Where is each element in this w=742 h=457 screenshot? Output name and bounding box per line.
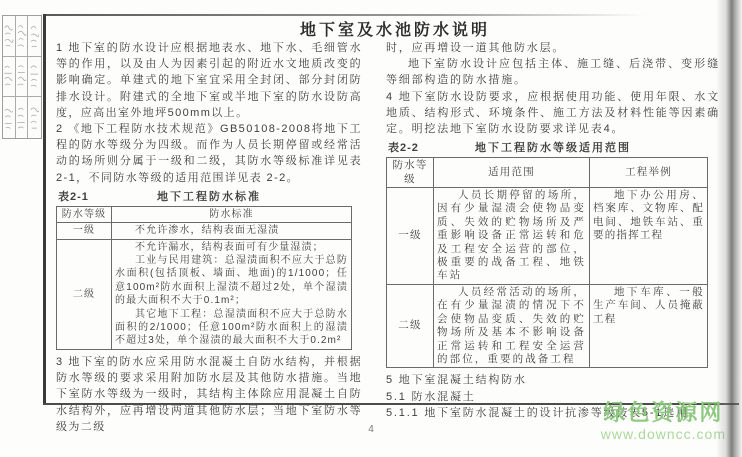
- header-example: 工程举例: [590, 158, 708, 188]
- left-column: 1 地下室的防水设计应根据地表水、地下水、毛细管水等的作用，以及由人为因素引起的…: [56, 40, 362, 435]
- handwriting-scribble-icon: [3, 18, 14, 54]
- titleblock-cell: [3, 97, 16, 138]
- scope-text: 人员经常活动的场所，在有少量湿渍的情况下不会使物品变质、失效的贮物场所及基本不影…: [437, 286, 586, 366]
- titleblock-cell: [28, 16, 41, 57]
- grade-cell: 一级: [387, 188, 434, 285]
- handwriting-scribble-icon: [29, 18, 40, 54]
- titleblock-cell: [16, 97, 29, 138]
- paragraph-3: 3 地下室的防水应采用防水混凝土自防水结构，并根据防水等级的要求采用附加防水层及…: [56, 354, 362, 435]
- handwriting-scribble-icon: [29, 58, 40, 94]
- watermark-site-url: www.downcc.com: [601, 427, 726, 441]
- paragraph-1: 1 地下室的防水设计应根据地表水、地下水、毛细管水等的作用，以及由人为因素引起的…: [56, 40, 362, 121]
- watermark: 绿色资源网 www.downcc.com: [601, 402, 726, 441]
- table-2-1-caption: 表2-1 地下工程防水标准: [56, 189, 362, 204]
- scope-cell: 人员经常活动的场所，在有少量湿渍的情况下不会使物品变质、失效的贮物场所及基本不影…: [434, 284, 590, 367]
- titleblock-cell: [16, 57, 29, 98]
- header-standard: 防水标准: [112, 206, 352, 222]
- header-grade: 防水等级: [387, 158, 434, 188]
- page-frame-top: [46, 14, 646, 16]
- header-scope: 适用范围: [434, 158, 590, 188]
- standard-text: 工业与民用建筑：总湿渍面积不应大于总防水面积(包括顶板、墙面、地面)的1/100…: [115, 254, 348, 308]
- scope-cell: 人员长期停留的场所，因有少量湿渍会使物品变质、失效的贮物场所及严重影响设备正常运…: [434, 188, 590, 285]
- example-text: 地下车库、一般生产车间、人员掩蔽工程: [593, 286, 704, 326]
- table-row: 二级 人员经常活动的场所，在有少量湿渍的情况下不会使物品变质、失效的贮物场所及基…: [387, 284, 708, 367]
- paragraph-2: 2 《地下工程防水技术规范》GB50108-2008将地下工程的防水等级分为四级…: [56, 121, 362, 186]
- title-block: [2, 15, 42, 139]
- page-frame-left: [43, 14, 46, 405]
- watermark-site-name: 绿色资源网: [601, 402, 726, 424]
- grade-cell: 一级: [57, 223, 112, 239]
- handwriting-scribble-icon: [16, 100, 27, 136]
- table-row: 一级 不允许渗水，结构表面无湿渍: [57, 223, 352, 239]
- scope-text: 人员长期停留的场所，因有少量湿渍会使物品变质、失效的贮物场所及严重影响设备正常运…: [437, 189, 586, 283]
- table-2-2-caption: 表2-2 地下工程防水等级适用范围: [386, 140, 720, 155]
- handwriting-scribble-icon: [16, 18, 27, 54]
- handwriting-scribble-icon: [16, 58, 27, 94]
- example-cell: 地下车库、一般生产车间、人员掩蔽工程: [590, 284, 708, 367]
- paragraph-continuation: 时，应再增设一道其他防水层。: [386, 40, 720, 56]
- right-column: 时，应再增设一道其他防水层。 地下室防水设计应包括主体、施工缝、后浇带、变形缝等…: [386, 40, 720, 421]
- page-title: 地下室及水池防水说明: [50, 17, 740, 40]
- standard-text: 不允许漏水，结构表面可有少量湿渍；: [115, 241, 348, 254]
- standard-cell: 不允许渗水，结构表面无湿渍: [112, 223, 352, 239]
- example-text: 地下办公用房、档案库、文物库、配电间、地铁车站、重要的指挥工程: [593, 189, 704, 243]
- table-2-1-header-row: 防水等级 防水标准: [57, 206, 352, 222]
- example-cell: 地下办公用房、档案库、文物库、配电间、地铁车站、重要的指挥工程: [590, 188, 708, 285]
- standard-cell: 不允许漏水，结构表面可有少量湿渍； 工业与民用建筑：总湿渍面积不应大于总防水面积…: [112, 239, 352, 349]
- titleblock-cell: [16, 16, 29, 57]
- titleblock-cell: [3, 57, 16, 98]
- table-2-1-title: 地下工程防水标准: [56, 189, 362, 205]
- table-2-1: 防水等级 防水标准 一级 不允许渗水，结构表面无湿渍 二级 不允许漏水，结构表面…: [56, 206, 352, 350]
- grade-cell: 二级: [387, 284, 434, 367]
- table-2-2-title: 地下工程防水等级适用范围: [386, 140, 720, 156]
- section-5-heading: 5 地下室混凝土结构防水: [386, 372, 720, 388]
- table-row: 二级 不允许漏水，结构表面可有少量湿渍； 工业与民用建筑：总湿渍面积不应大于总防…: [57, 239, 352, 349]
- grade-cell: 二级: [57, 239, 112, 349]
- table-2-2-header-row: 防水等级 适用范围 工程举例: [387, 158, 708, 188]
- table-row: 一级 人员长期停留的场所，因有少量湿渍会使物品变质、失效的贮物场所及严重影响设备…: [387, 188, 708, 285]
- titleblock-cell: [28, 97, 41, 138]
- paragraph-design-scope: 地下室防水设计应包括主体、施工缝、后浇带、变形缝等细部构造的防水措施。: [386, 56, 720, 88]
- handwriting-scribble-icon: [3, 58, 14, 94]
- header-grade: 防水等级: [57, 206, 112, 222]
- table-2-1-number: 表2-1: [58, 189, 89, 205]
- table-2-2: 防水等级 适用范围 工程举例 一级 人员长期停留的场所，因有少量湿渍会使物品变质…: [386, 157, 708, 368]
- titleblock-cell: [3, 16, 16, 57]
- handwriting-scribble-icon: [3, 100, 14, 136]
- handwriting-scribble-icon: [29, 100, 40, 136]
- standard-text: 不允许渗水，结构表面无湿渍: [115, 224, 348, 237]
- paragraph-4: 4 地下室防水设防要求，应根据使用功能、使用年限、水文地质、结构形式、环境条件、…: [386, 89, 720, 138]
- standard-text: 其它地下工程：总湿渍面积不应大于总防水面积的2/1000；任意100m²防水面积…: [115, 308, 348, 348]
- scanned-document-page: 地下室及水池防水说明 1 地下室的防水设计应根据地表水、地下水、毛细管水等的作用…: [0, 0, 742, 457]
- titleblock-cell: [28, 57, 41, 98]
- table-2-2-number: 表2-2: [388, 140, 419, 156]
